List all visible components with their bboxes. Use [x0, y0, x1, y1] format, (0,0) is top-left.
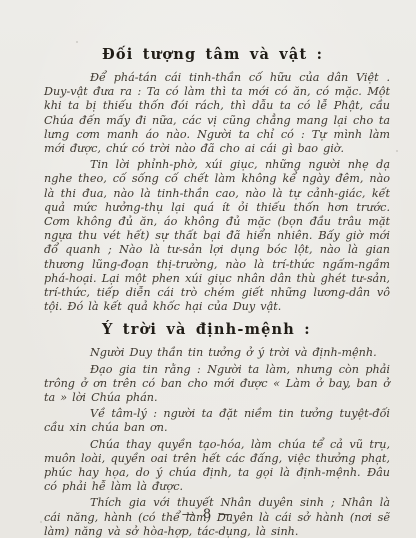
page-number: — 8 — — [0, 507, 416, 522]
scanned-book-page: Đối tượng tâm và vật : Để phá-tán cái ti… — [0, 0, 416, 538]
paragraph: Chúa thay quyền tạo-hóa, làm chúa tể cả … — [44, 438, 390, 495]
section-heading-subject-mind-and-matter: Đối tượng tâm và vật : — [102, 46, 390, 64]
scan-speck — [76, 41, 78, 43]
page-content: Đối tượng tâm và vật : Để phá-tán cái ti… — [0, 0, 416, 538]
paragraph: Để phá-tán cái tinh-thần cố hữu của dân … — [44, 71, 390, 156]
scan-speck — [40, 521, 42, 523]
section-heading-gods-will-and-destiny: Ý trời và định-mệnh : — [102, 321, 390, 339]
scan-speck — [380, 500, 382, 502]
paragraph: Về tâm-lý : người ta đặt niềm tin tưởng … — [44, 407, 390, 435]
scan-speck — [396, 150, 398, 152]
paragraph: Người Duy thần tin tưởng ở ý trời và địn… — [44, 346, 390, 360]
paragraph: Tin lời phỉnh-phờ, xúi giục, những người… — [44, 158, 390, 314]
paragraph: Đạo gia tin rằng : Người ta làm, nhưng c… — [44, 363, 390, 406]
